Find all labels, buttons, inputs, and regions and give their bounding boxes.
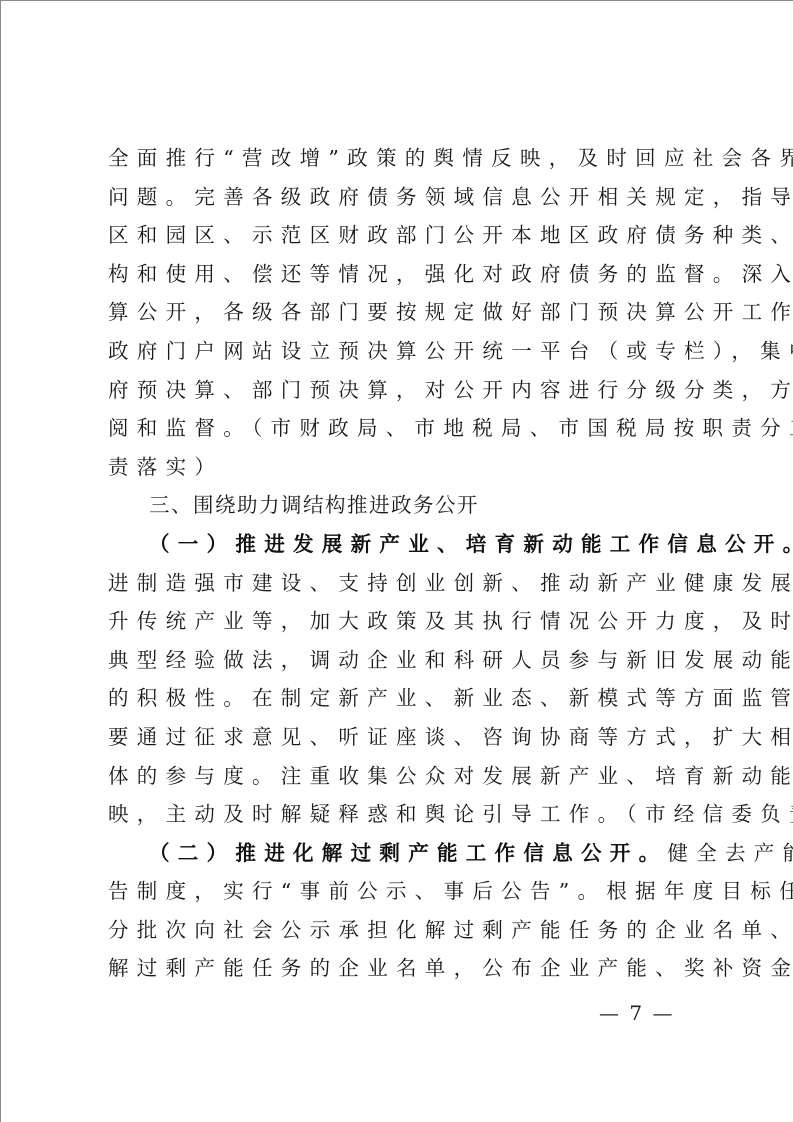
subsection-1-title: （一）推进发展新产业、培育新动能工作信息公开。 xyxy=(149,532,793,556)
paragraph-line: 要通过征求意见、听证座谈、咨询协商等方式，扩大相关市场主 xyxy=(108,718,692,757)
paragraph-line: 府预决算、部门预决算，对公开内容进行分级分类，方便公众查 xyxy=(108,371,692,410)
page-number: — 7 — xyxy=(599,1001,674,1025)
subsection-2-title: （二）推进化解过剩产能工作信息公开。 xyxy=(149,841,667,865)
paragraph-line: 责落实） xyxy=(108,448,692,487)
subsection-1-first-line: （一）推进发展新产业、培育新动能工作信息公开。围绕推 xyxy=(108,525,692,564)
paragraph-line: 算公开，各级各部门要按规定做好部门预决算公开工作，在本级 xyxy=(108,293,692,332)
paragraph-line: 区和园区、示范区财政部门公开本地区政府债务种类、规模、结 xyxy=(108,216,692,255)
paragraph-line: 政府门户网站设立预决算公开统一平台（或专栏），集中公开政 xyxy=(108,332,692,371)
paragraph-line: 进制造强市建设、支持创业创新、推动新产业健康发展、改造提 xyxy=(108,564,692,603)
subsection-2-text: 健全去产能公示公 xyxy=(667,841,793,865)
paragraph-line: 体的参与度。注重收集公众对发展新产业、培育新动能政策的反 xyxy=(108,757,692,796)
paragraph-line: 阅和监督。（市财政局、市地税局、市国税局按职责分工分别负 xyxy=(108,409,692,448)
paragraph-line: 典型经验做法，调动企业和科研人员参与新旧发展动能接续转换 xyxy=(108,641,692,680)
paragraph-line: 解过剩产能任务的企业名单，公布企业产能、奖补资金分配、违 xyxy=(108,949,692,988)
section-heading: 三、围绕助力调结构推进政务公开 xyxy=(108,486,692,525)
document-page: 全面推行“营改增”政策的舆情反映，及时回应社会各界关心的 问题。完善各级政府债务… xyxy=(1,1,793,1122)
subsection-2-first-line: （二）推进化解过剩产能工作信息公开。健全去产能公示公 xyxy=(108,834,692,873)
paragraph-line: 构和使用、偿还等情况，强化对政府债务的监督。深入推进预决 xyxy=(108,255,692,294)
paragraph-line: 映，主动及时解疑释惑和舆论引导工作。（市经信委负责落实） xyxy=(108,795,692,834)
paragraph-line: 的积极性。在制定新产业、新业态、新模式等方面监管政策时， xyxy=(108,679,692,718)
paragraph-line: 告制度，实行“事前公示、事后公告”。根据年度目标任务要求， xyxy=(108,872,692,911)
paragraph-line: 全面推行“营改增”政策的舆情反映，及时回应社会各界关心的 xyxy=(108,139,692,178)
paragraph-line: 分批次向社会公示承担化解过剩产能任务的企业名单、已完成化 xyxy=(108,911,692,950)
paragraph-line: 问题。完善各级政府债务领域信息公开相关规定，指导督促县市 xyxy=(108,178,692,217)
paragraph-line: 升传统产业等，加大政策及其执行情况公开力度，及时发布推广 xyxy=(108,602,692,641)
document-body: 全面推行“营改增”政策的舆情反映，及时回应社会各界关心的 问题。完善各级政府债务… xyxy=(108,139,692,988)
